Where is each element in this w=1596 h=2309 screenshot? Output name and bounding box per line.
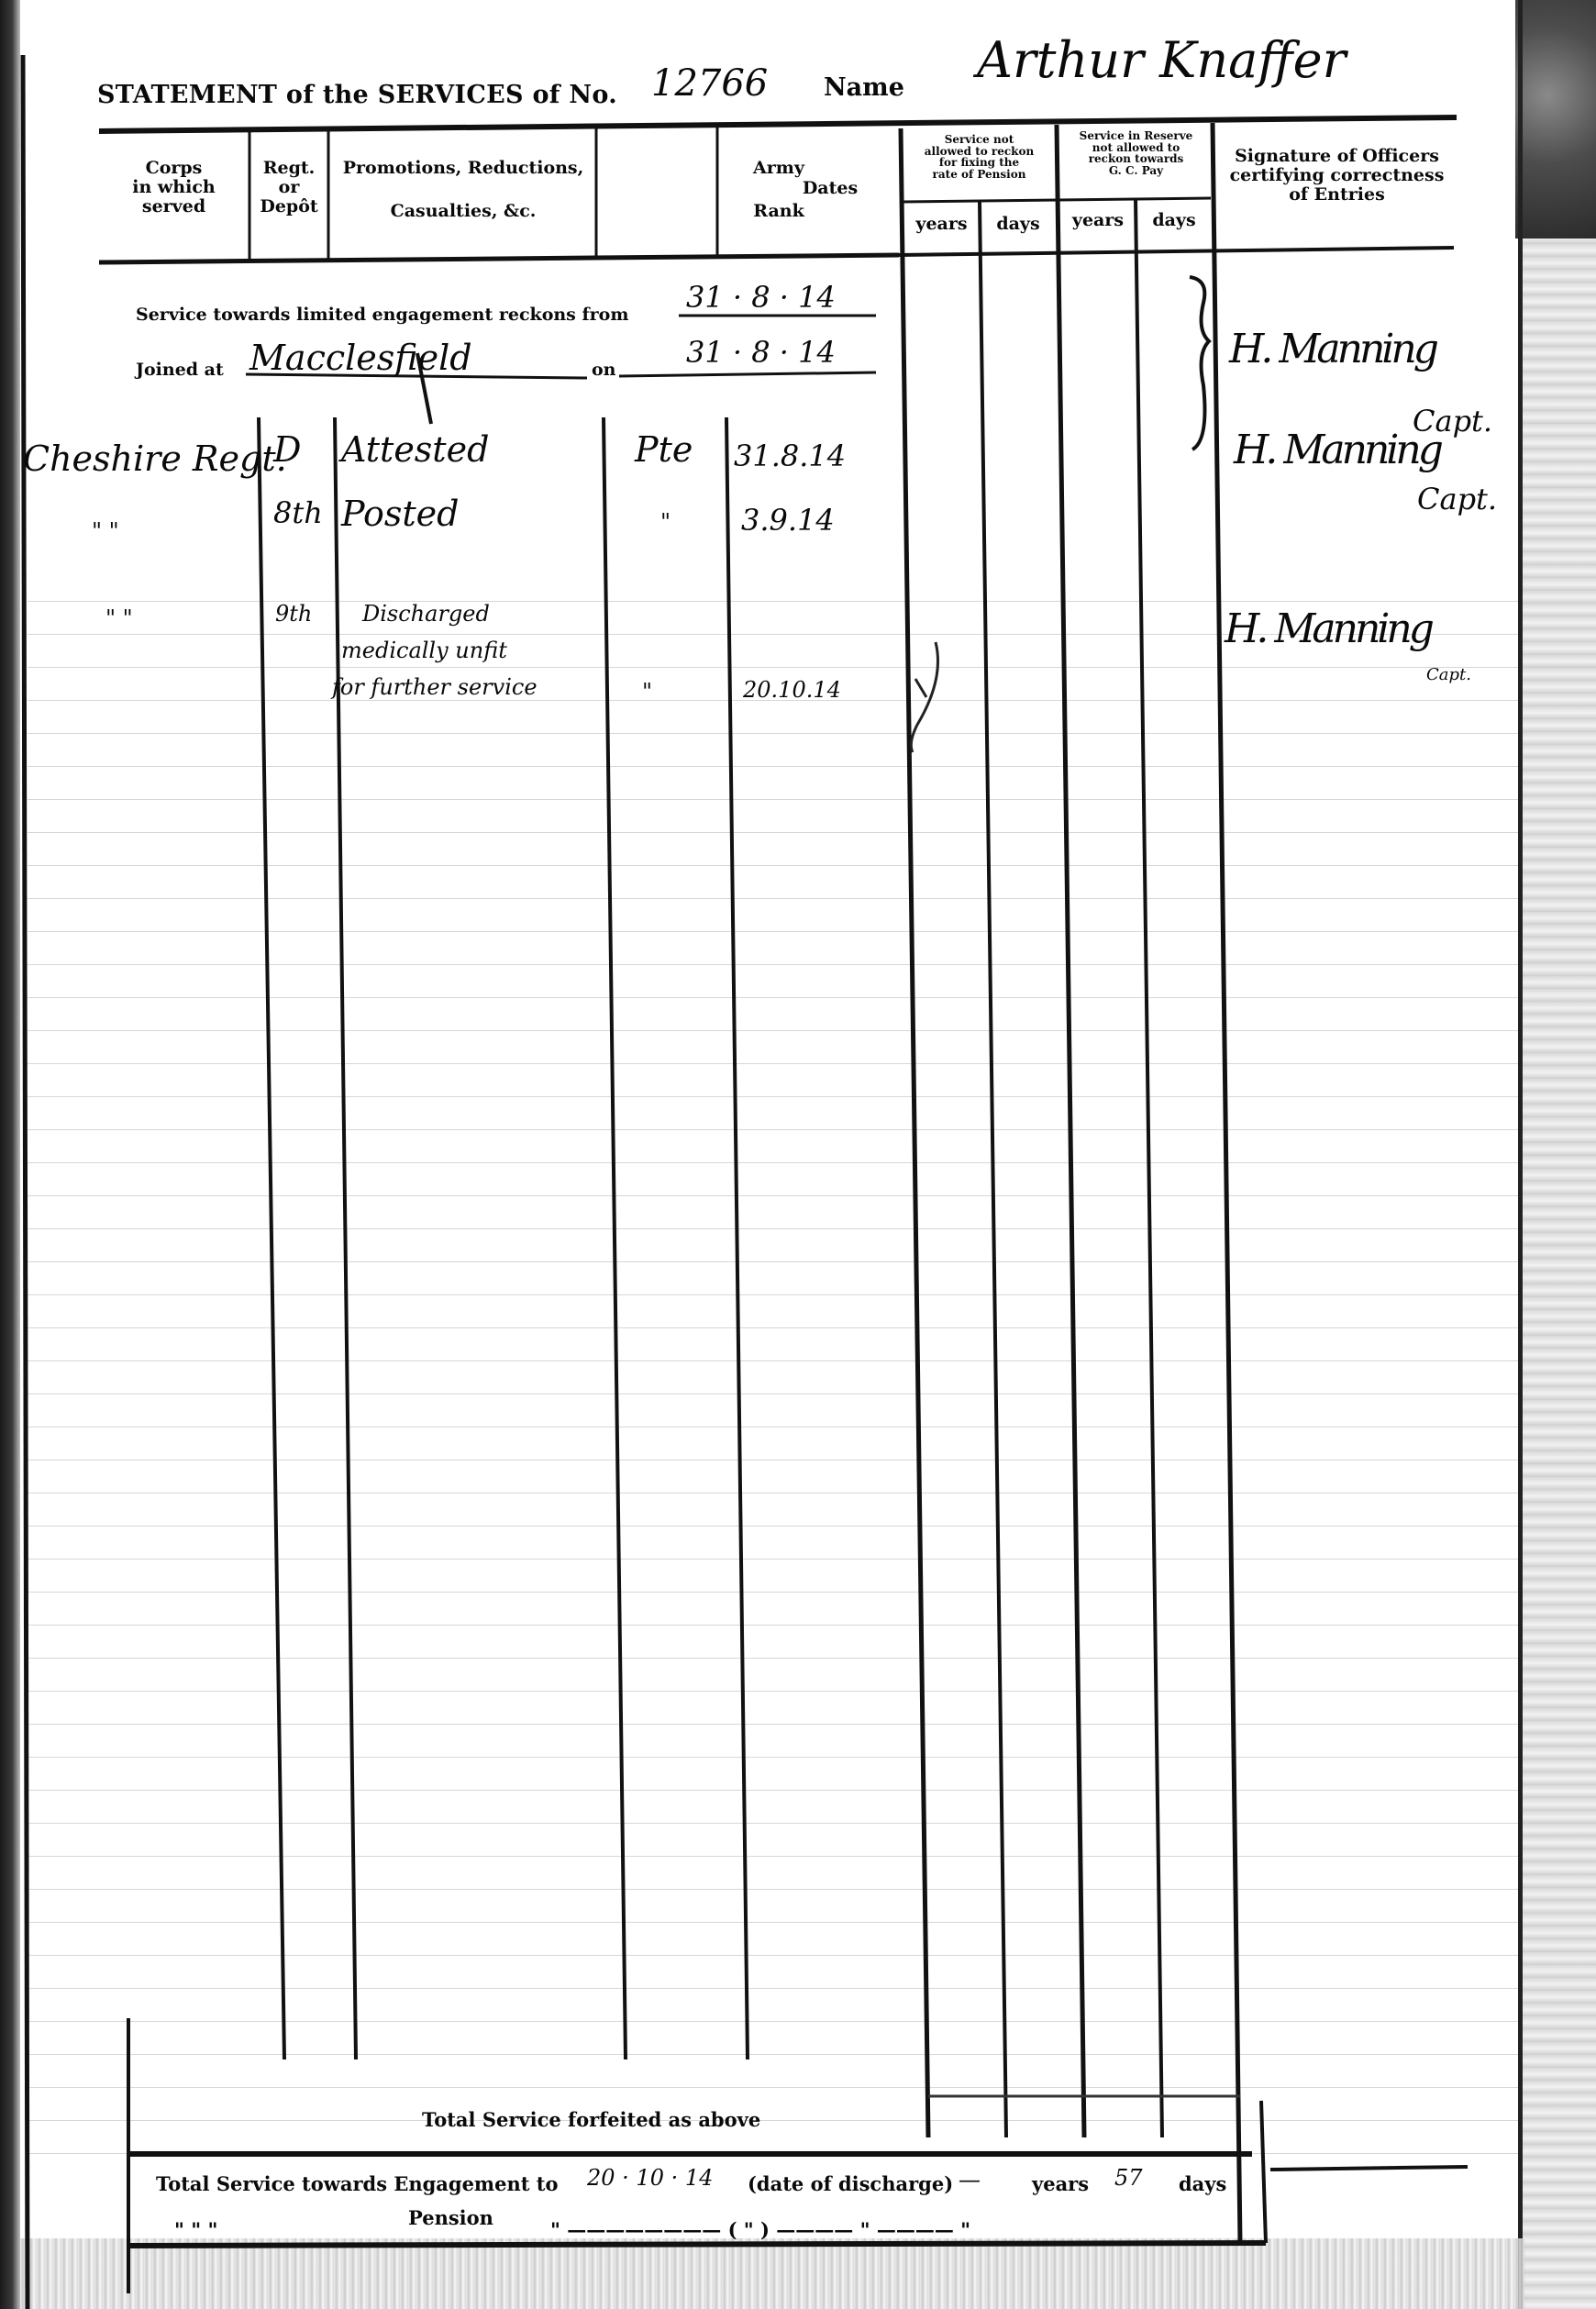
- reckons-date: 31 · 8 · 14: [686, 280, 836, 315]
- total-years-value: —: [959, 2167, 981, 2192]
- joined-date: 31 · 8 · 14: [686, 335, 836, 370]
- pension-ditto-marks: " " ": [174, 2218, 217, 2241]
- total-engagement-date: 20 · 10 · 14: [587, 2165, 713, 2191]
- row-regt: D: [273, 429, 301, 470]
- row-date: 20.10.14: [743, 677, 841, 703]
- soldier-name: Arthur Knaffer: [977, 31, 1346, 89]
- service-number: 12766: [651, 62, 768, 105]
- row-rank: Pte: [635, 429, 693, 470]
- pension-label: Pension: [408, 2206, 493, 2229]
- col-sub-pension-years: years: [903, 215, 980, 234]
- name-label: Name: [824, 73, 904, 102]
- row-corps: Cheshire Regt.: [23, 438, 287, 479]
- row-promotion-line-2: medically unfit: [341, 638, 507, 663]
- years-label: years: [1032, 2172, 1089, 2195]
- row-rank-ditto: ": [642, 679, 652, 705]
- row-corps-ditto: " ": [92, 518, 119, 544]
- col-header-signature: Signature of Officers certifying correct…: [1220, 147, 1454, 205]
- row-promotion: Attested: [341, 429, 489, 470]
- total-days-value: 57: [1114, 2165, 1143, 2191]
- pension-fields: " ———————— ( " ) ———— " ———— ": [550, 2218, 970, 2241]
- total-engagement-label: Total Service towards Engagement to: [156, 2172, 559, 2195]
- col-sub-pension-days: days: [981, 215, 1055, 234]
- row-promotion: Posted: [341, 494, 460, 534]
- col-header-pension: Service not allowed to reckon for fixing…: [903, 134, 1055, 180]
- row-promotion-line-3: for further service: [332, 674, 538, 700]
- row-rank-ditto: ": [660, 509, 671, 535]
- row-date: 3.9.14: [741, 503, 835, 538]
- total-forfeited-label: Total Service forfeited as above: [422, 2108, 760, 2131]
- reckons-label: Service towards limited engagement recko…: [136, 305, 628, 325]
- col-header-reserve: Service in Reserve not allowed to reckon…: [1060, 130, 1212, 176]
- officer-signature-2: H. Manning: [1234, 427, 1440, 473]
- col-header-regt: Regt. or Depôt: [251, 159, 327, 216]
- joined-label: Joined at: [136, 360, 224, 380]
- col-header-corps: Corps in which served: [103, 159, 245, 216]
- col-sub-reserve-years: years: [1060, 211, 1136, 230]
- row-promotion-line-1: Discharged: [362, 601, 490, 627]
- joined-on-label: on: [592, 360, 616, 380]
- officer-signature-1: H. Manning: [1229, 326, 1435, 372]
- form-title: STATEMENT of the SERVICES of No.: [97, 81, 617, 109]
- officer-signature-3: H. Manning: [1225, 605, 1431, 652]
- row-regt: 8th: [273, 495, 323, 530]
- date-of-discharge-label: (date of discharge): [748, 2172, 953, 2195]
- row-date: 31.8.14: [734, 438, 846, 473]
- row-corps-ditto: " ": [105, 605, 133, 631]
- col-sub-reserve-days: days: [1137, 211, 1211, 230]
- officer-rank-3: Capt.: [1417, 482, 1497, 516]
- row-regt: 9th: [275, 601, 312, 627]
- col-header-dates: Dates: [761, 179, 899, 198]
- joined-place: Macclesfield: [249, 338, 472, 378]
- officer-rank-4: Capt.: [1426, 665, 1471, 684]
- days-label: days: [1179, 2172, 1226, 2195]
- col-header-promotions: Promotions, Reductions, Casualties, &c.: [330, 159, 596, 221]
- officer-rank-2: Capt.: [1413, 404, 1492, 438]
